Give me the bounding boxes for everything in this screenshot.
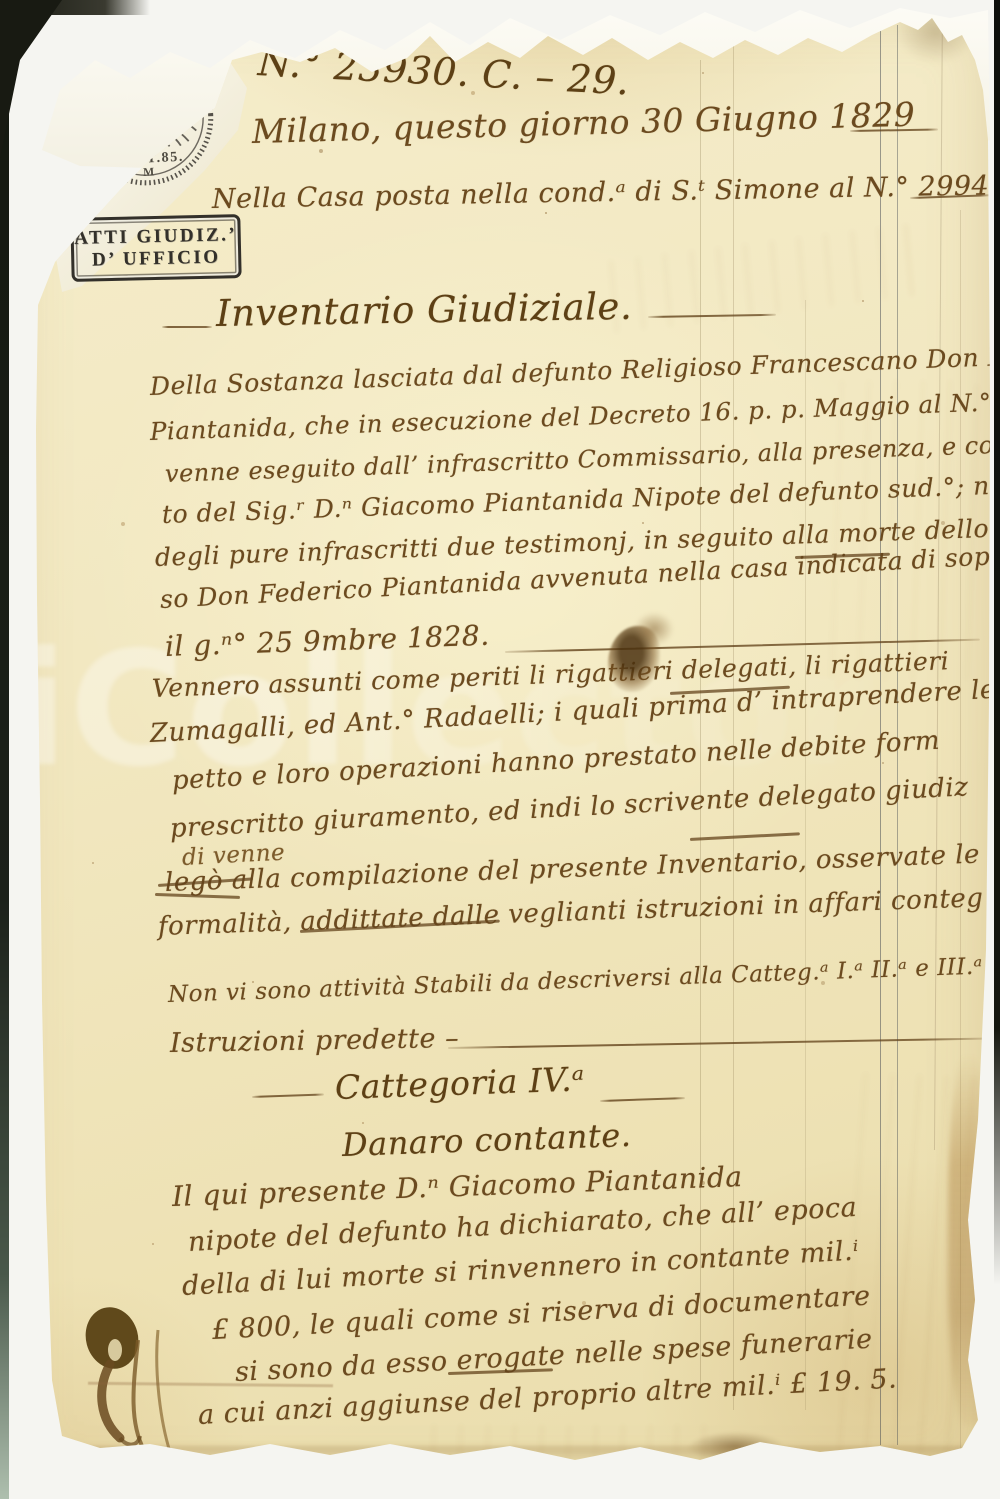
office-stamp-line2: D’ UFFICIO: [92, 247, 221, 271]
bleed-through-ghost: [420, 1425, 720, 1465]
scan-edge-right: [994, 0, 1000, 1285]
revenue-stamp-mint-mark: M: [143, 165, 155, 179]
scan-edge-left: [0, 0, 9, 1499]
ink-rule: [162, 326, 212, 328]
document-title: Inventario Giudiziale.: [216, 285, 633, 335]
office-stamp-line1: ATTI GIUDIZ.’: [74, 225, 237, 250]
manuscript-line: Istruzioni predette –: [170, 1023, 460, 1059]
torn-edge-discoloration: [948, 1055, 990, 1425]
document-photo: iCollector: [0, 0, 1000, 1499]
manuscript-sheet: iCollector: [0, 0, 1000, 1499]
office-stamp: ATTI GIUDIZ.’ D’ UFFICIO: [70, 214, 241, 282]
torn-bottom-shadow: [55, 1446, 965, 1464]
